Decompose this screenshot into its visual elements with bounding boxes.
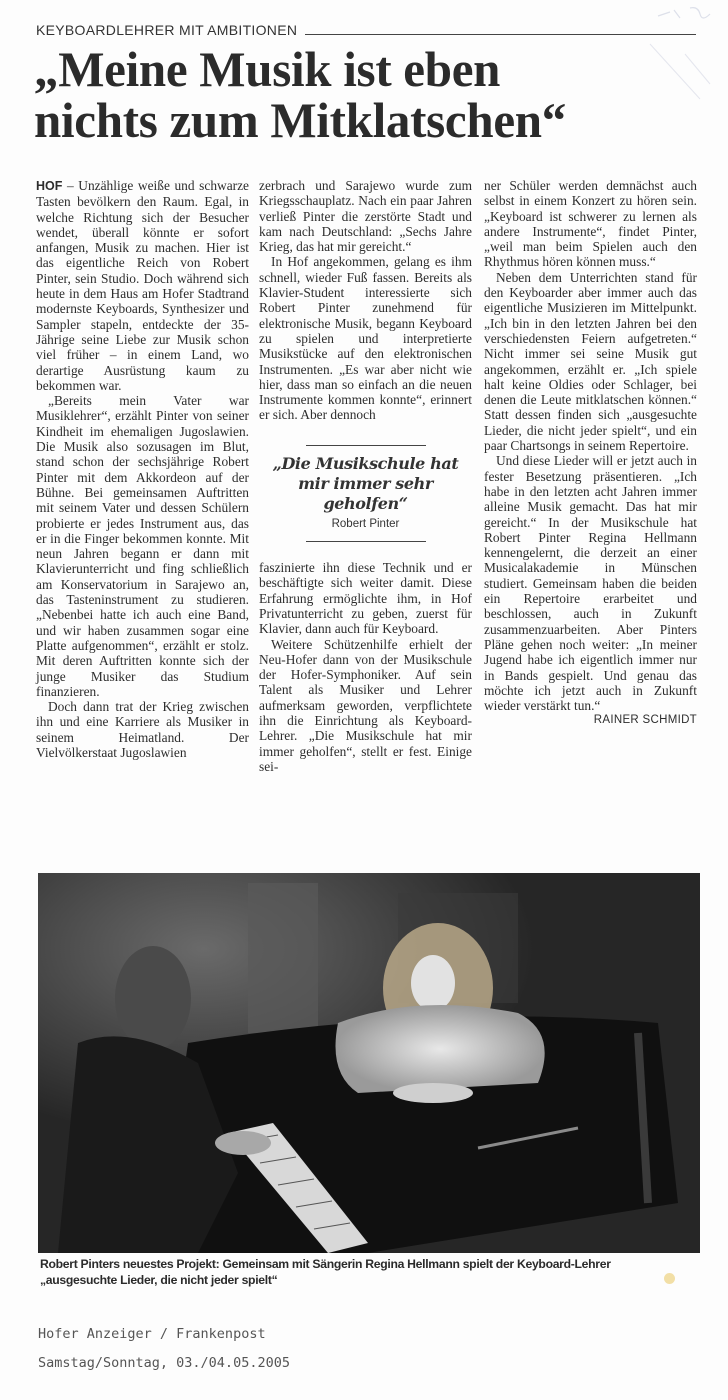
pull-quote-author: Robert Pinter — [260, 517, 472, 532]
paragraph: Weitere Schützenhilfe erhielt der Neu-Ho… — [259, 637, 472, 775]
paragraph: HOF – Unzählige weiße und schwarze Taste… — [36, 178, 249, 393]
paragraph: ner Schüler werden demnächst auch selbst… — [484, 178, 697, 270]
paragraph: Neben dem Unterrichten stand für den Key… — [484, 270, 697, 454]
kicker-rule — [305, 34, 696, 35]
source-date: Samstag/Sonntag, 03./04.05.2005 — [38, 1349, 290, 1378]
paragraph: „Bereits mein Vater war Musiklehrer“, er… — [36, 393, 249, 699]
paragraph: Und diese Lieder will er jetzt auch in f… — [484, 453, 697, 713]
photo-caption: Robert Pinters neuestes Projekt: Gemeins… — [40, 1256, 700, 1288]
article-column-1: HOF – Unzählige weiße und schwarze Taste… — [36, 178, 249, 760]
pull-quote: „Die Musikschule hat mir immer sehr geho… — [260, 445, 472, 542]
article-column-2: zerbrach und Sarajewo wurde zum Kriegssc… — [259, 178, 472, 774]
paragraph: faszinierte ihn diese Technik und er bes… — [259, 560, 472, 636]
marker-dot — [664, 1273, 675, 1284]
article-kicker: KEYBOARDLEHRER MIT AMBITIONEN — [36, 22, 696, 38]
dateline: HOF — [36, 179, 62, 193]
headline-line-2: nichts zum Mitklatschen“ — [34, 95, 700, 146]
byline: RAINER SCHMIDT — [582, 713, 697, 728]
caption-line-1: Robert Pinters neuestes Projekt: Gemeins… — [40, 1256, 700, 1272]
pull-quote-bottom-rule — [306, 541, 426, 542]
article-photo — [38, 873, 700, 1253]
article-column-3: ner Schüler werden demnächst auch selbst… — [484, 178, 697, 729]
photo-illustration — [38, 873, 700, 1253]
article-headline: „Meine Musik ist eben nichts zum Mitklat… — [34, 44, 700, 146]
paragraph: zerbrach und Sarajewo wurde zum Kriegssc… — [259, 178, 472, 254]
kicker-text: KEYBOARDLEHRER MIT AMBITIONEN — [36, 22, 297, 38]
paragraph: In Hof angekommen, gelang es ihm schnell… — [259, 254, 472, 422]
pull-quote-text: „Die Musikschule hat mir immer sehr geho… — [260, 454, 472, 514]
pull-quote-top-rule — [306, 445, 426, 446]
source-publication: Hofer Anzeiger / Frankenpost — [38, 1320, 290, 1349]
source-stamp: Hofer Anzeiger / Frankenpost Samstag/Son… — [38, 1320, 290, 1378]
caption-line-2: „ausgesuchte Lieder, die nicht jeder spi… — [40, 1272, 700, 1288]
paragraph: Doch dann trat der Krieg zwischen ihn un… — [36, 699, 249, 760]
headline-line-1: „Meine Musik ist eben — [34, 44, 700, 95]
